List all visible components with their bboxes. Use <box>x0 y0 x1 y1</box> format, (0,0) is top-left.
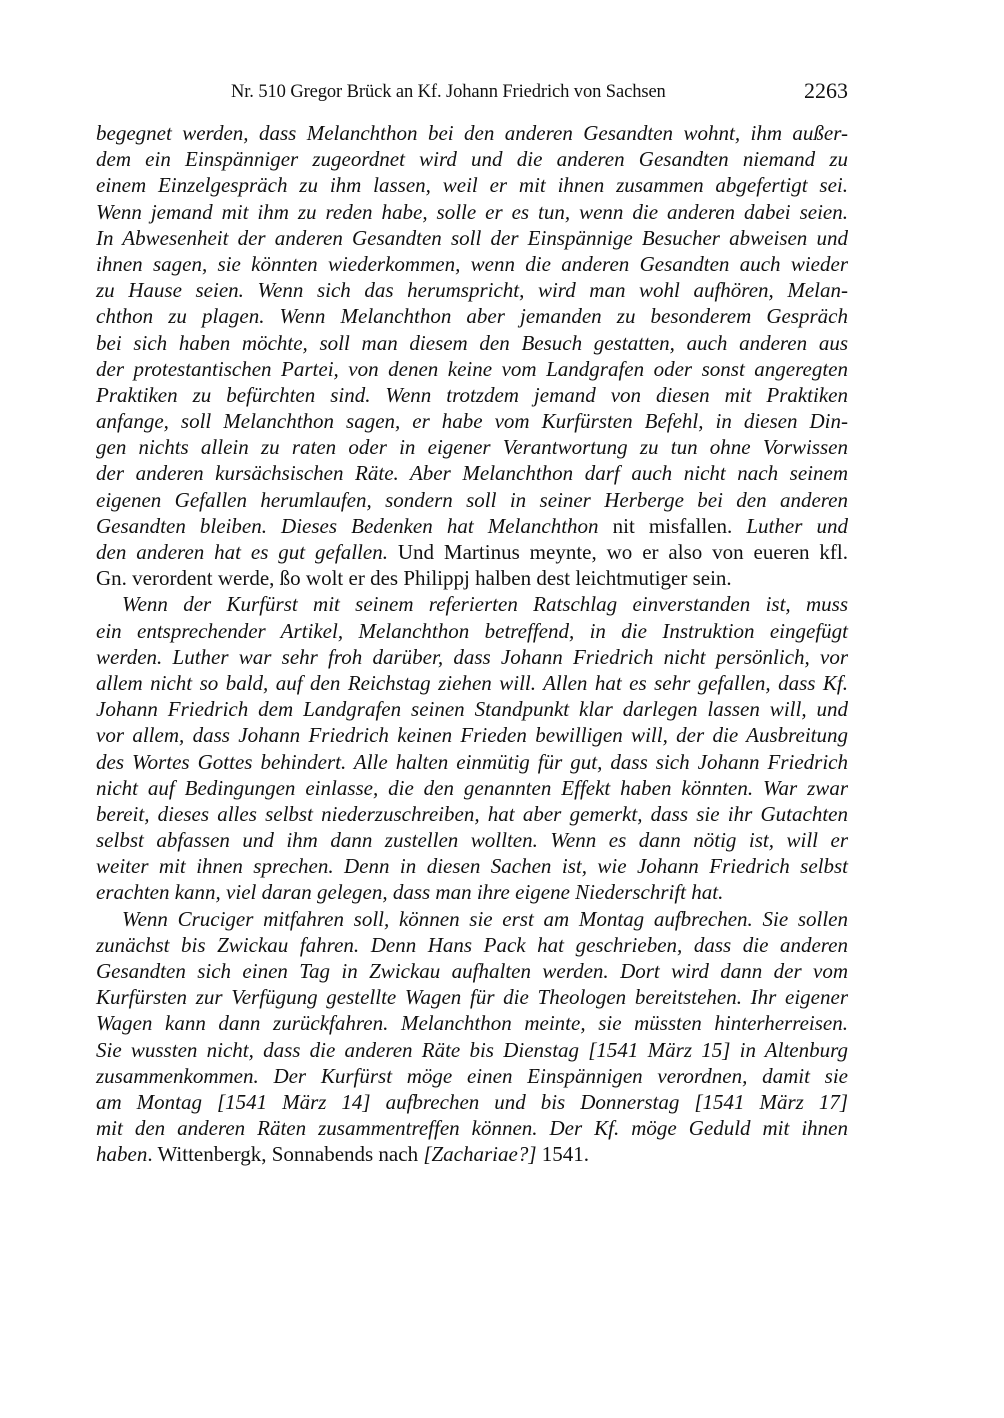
text-line: nicht auf Bedingungen einlasse, die den … <box>96 775 848 801</box>
text-line: zu Hause seien. Wenn sich das herumspric… <box>96 277 848 303</box>
italic-span: nicht auf Bedingungen einlasse, die den … <box>96 776 848 800</box>
text-line: zunächst bis Zwickau fahren. Denn Hans P… <box>96 932 848 958</box>
italic-span: den anderen hat es gut gefallen. <box>96 540 388 564</box>
text-line: bei sich haben möchte, soll man diesem d… <box>96 330 848 356</box>
text-line: Wenn Cruciger mitfahren soll, können sie… <box>96 906 848 932</box>
italic-span: Johann Friedrich dem Landgrafen seinen S… <box>96 697 848 721</box>
document-page: Nr. 510 Gregor Brück an Kf. Johann Fried… <box>0 0 1004 1418</box>
text-line: Kurfürsten zur Verfügung gestellte Wagen… <box>96 984 848 1010</box>
italic-span: chthon zu plagen. Wenn Melanchthon aber … <box>96 304 848 328</box>
text-line: zusammenkommen. Der Kurfürst möge einen … <box>96 1063 848 1089</box>
italic-span: In Abwesenheit der anderen Gesandten sol… <box>96 226 848 250</box>
text-line: selbst abfassen und ihm dann zustellen w… <box>96 827 848 853</box>
italic-span: Gesandten bleiben. Dieses Bedenken hat M… <box>96 514 599 538</box>
text-line: Gn. verordent werde, ßo wolt er des Phil… <box>96 565 848 591</box>
italic-span: Gesandten sich einen Tag in Zwickau aufh… <box>96 959 848 983</box>
text-line: weiter mit ihnen sprechen. Denn in diese… <box>96 853 848 879</box>
italic-span: am Montag [1541 März 14] aufbrechen und … <box>96 1090 848 1114</box>
text-line: haben. Wittenbergk, Sonnabends nach [Zac… <box>96 1141 848 1167</box>
italic-span: Praktiken zu befürchten sind. Wenn trotz… <box>96 383 848 407</box>
italic-span: Kurfürsten zur Verfügung gestellte Wagen… <box>96 985 848 1009</box>
text-line: ein entsprechender Artikel, Melanchthon … <box>96 618 848 644</box>
italic-span: Wenn der Kurfürst mit seinem referierten… <box>122 592 848 616</box>
italic-span: Sie wussten nicht, dass die anderen Räte… <box>96 1038 848 1062</box>
italic-span: werden. Luther war sehr froh darüber, da… <box>96 645 848 669</box>
running-header: Nr. 510 Gregor Brück an Kf. Johann Fried… <box>96 80 848 108</box>
italic-span: zu Hause seien. Wenn sich das herumspric… <box>96 278 848 302</box>
text-line: Sie wussten nicht, dass die anderen Räte… <box>96 1037 848 1063</box>
italic-span: Luther und <box>746 514 848 538</box>
text-line: Gesandten bleiben. Dieses Bedenken hat M… <box>96 513 848 539</box>
italic-span: Wagen kann dann zurückfahren. Melanchtho… <box>96 1011 848 1035</box>
text-line: Praktiken zu befürchten sind. Wenn trotz… <box>96 382 848 408</box>
italic-span: des Wortes Gottes behindert. Alle halten… <box>96 750 848 774</box>
italic-span: bereit, dieses alles selbst niederzuschr… <box>96 802 848 826</box>
text-line: erachten kann, viel daran gelegen, dass … <box>96 879 848 905</box>
text-line: einem Einzelgespräch zu ihm lassen, weil… <box>96 172 848 198</box>
text-line: chthon zu plagen. Wenn Melanchthon aber … <box>96 303 848 329</box>
text-line: anfange, soll Melanchthon sagen, er habe… <box>96 408 848 434</box>
running-title: Nr. 510 Gregor Brück an Kf. Johann Fried… <box>231 82 666 103</box>
text-line: werden. Luther war sehr froh darüber, da… <box>96 644 848 670</box>
roman-span: Gn. verordent werde, ßo wolt er des Phil… <box>96 566 732 590</box>
italic-span: vor allem, dass Johann Friedrich keinen … <box>96 723 848 747</box>
italic-span: anfange, soll Melanchthon sagen, er habe… <box>96 409 848 433</box>
text-line: ihnen sagen, sie könnten wiederkommen, w… <box>96 251 848 277</box>
italic-span: der protestantischen Partei, von denen k… <box>96 357 848 381</box>
text-line: Johann Friedrich dem Landgrafen seinen S… <box>96 696 848 722</box>
italic-span: [Zachariae?] <box>423 1142 536 1166</box>
italic-span: einem Einzelgespräch zu ihm lassen, weil… <box>96 173 848 197</box>
italic-span: allem nicht so bald, auf den Reichstag z… <box>96 671 848 695</box>
text-line: der protestantischen Partei, von denen k… <box>96 356 848 382</box>
text-line: der anderen kursächsischen Räte. Aber Me… <box>96 460 848 486</box>
text-line: In Abwesenheit der anderen Gesandten sol… <box>96 225 848 251</box>
text-line: den anderen hat es gut gefallen. Und Mar… <box>96 539 848 565</box>
italic-span: ihnen sagen, sie könnten wiederkommen, w… <box>96 252 848 276</box>
italic-span: mit den anderen Räten zusammentreffen kö… <box>96 1116 848 1140</box>
body-text: begegnet werden, dass Melanchthon bei de… <box>96 120 848 1168</box>
text-line: dem ein Einspänniger zugeordnet wird und… <box>96 146 848 172</box>
paragraph-p2: Wenn der Kurfürst mit seinem referierten… <box>96 591 848 905</box>
italic-span: der anderen kursächsischen Räte. Aber Me… <box>96 461 848 485</box>
text-line: am Montag [1541 März 14] aufbrechen und … <box>96 1089 848 1115</box>
roman-span: . Wittenbergk, Sonnabends nach <box>147 1142 423 1166</box>
text-line: Wenn jemand mit ihm zu reden habe, solle… <box>96 199 848 225</box>
roman-span: Und Martinus meynte, wo er also von euer… <box>388 540 848 564</box>
text-line: begegnet werden, dass Melanchthon bei de… <box>96 120 848 146</box>
italic-span: dem ein Einspänniger zugeordnet wird und… <box>96 147 848 171</box>
roman-span: 1541. <box>537 1142 590 1166</box>
italic-span: zusammenkommen. Der Kurfürst möge einen … <box>96 1064 848 1088</box>
italic-span: bei sich haben möchte, soll man diesem d… <box>96 331 848 355</box>
roman-span: nit misfallen. <box>599 514 747 538</box>
text-line: vor allem, dass Johann Friedrich keinen … <box>96 722 848 748</box>
text-line: Wenn der Kurfürst mit seinem referierten… <box>96 591 848 617</box>
page-number: 2263 <box>804 78 848 104</box>
italic-span: erachten kann, viel daran gelegen, dass … <box>96 880 723 904</box>
italic-span: zunächst bis Zwickau fahren. Denn Hans P… <box>96 933 848 957</box>
italic-span: Wenn jemand mit ihm zu reden habe, solle… <box>96 200 848 224</box>
text-line: des Wortes Gottes behindert. Alle halten… <box>96 749 848 775</box>
italic-span: haben <box>96 1142 147 1166</box>
paragraph-p3: Wenn Cruciger mitfahren soll, können sie… <box>96 906 848 1168</box>
text-line: allem nicht so bald, auf den Reichstag z… <box>96 670 848 696</box>
italic-span: eigenen Gefallen herumlaufen, sondern so… <box>96 488 848 512</box>
italic-span: begegnet werden, dass Melanchthon bei de… <box>96 121 848 145</box>
italic-span: Wenn Cruciger mitfahren soll, können sie… <box>122 907 848 931</box>
text-line: gen nichts allein zu raten oder in eigen… <box>96 434 848 460</box>
italic-span: gen nichts allein zu raten oder in eigen… <box>96 435 848 459</box>
text-line: Gesandten sich einen Tag in Zwickau aufh… <box>96 958 848 984</box>
text-line: bereit, dieses alles selbst niederzuschr… <box>96 801 848 827</box>
italic-span: selbst abfassen und ihm dann zustellen w… <box>96 828 848 852</box>
text-line: eigenen Gefallen herumlaufen, sondern so… <box>96 487 848 513</box>
text-line: Wagen kann dann zurückfahren. Melanchtho… <box>96 1010 848 1036</box>
italic-span: ein entsprechender Artikel, Melanchthon … <box>96 619 848 643</box>
paragraph-p1: begegnet werden, dass Melanchthon bei de… <box>96 120 848 591</box>
italic-span: weiter mit ihnen sprechen. Denn in diese… <box>96 854 848 878</box>
text-line: mit den anderen Räten zusammentreffen kö… <box>96 1115 848 1141</box>
